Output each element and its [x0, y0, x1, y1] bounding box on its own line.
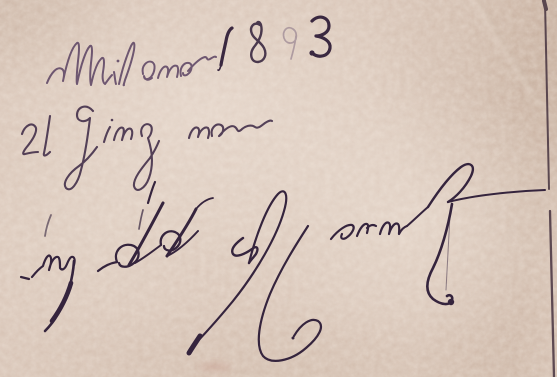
paper-stain	[199, 362, 231, 372]
inscription-photo: Milano 1893 21 Giugno G. Ceruti	[0, 0, 557, 377]
ink-layer	[0, 0, 557, 377]
